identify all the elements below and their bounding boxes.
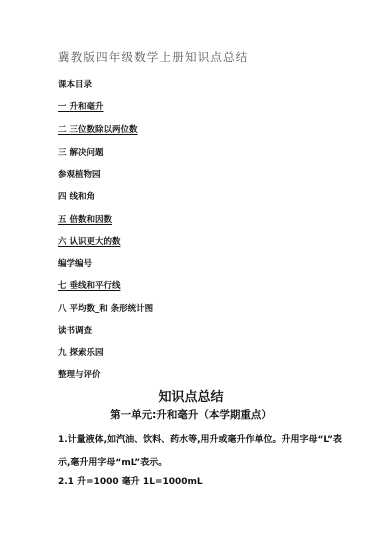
toc-item-numbering: 编学编号	[58, 257, 92, 269]
toc-link-unit-2[interactable]: 二 三位数除以两位数	[58, 123, 137, 135]
paragraph-1-line-1: 1.计量液体,如汽油、饮料、药水等,用升或毫升作单位。升用字母“L”表	[58, 432, 342, 445]
toc-item-reading-survey: 读书调查	[58, 324, 92, 336]
toc-link-unit-1[interactable]: 一 升和毫升	[58, 100, 103, 112]
toc-item-unit-9: 九 探索乐园	[58, 346, 103, 358]
toc-item-unit-3: 三 解决问题	[58, 146, 103, 158]
toc-item-botanical-garden: 参观植物园	[58, 168, 101, 180]
toc-link-unit-5[interactable]: 五 倍数和因数	[58, 213, 112, 225]
toc-item-unit-8: 八 平均数_和 条形统计图	[58, 302, 153, 314]
toc-link-unit-6[interactable]: 六 认识更大的数	[58, 235, 120, 247]
document-page: 冀教版四年级数学上册知识点总结 课本目录 一 升和毫升 二 三位数除以两位数 三…	[0, 0, 382, 540]
paragraph-2: 2.1 升=1000 毫升 1L=1000mL	[58, 474, 203, 487]
toc-item-unit-4: 四 线和角	[58, 190, 95, 202]
section-heading: 知识点总结	[0, 386, 382, 405]
paragraph-1-line-2: 示,毫升用字母“mL”表示。	[58, 455, 167, 468]
document-title: 冀教版四年级数学上册知识点总结	[58, 49, 249, 65]
unit-heading: 第一单元:升和毫升（本学期重点）	[0, 407, 382, 422]
toc-heading: 课本目录	[58, 78, 92, 90]
toc-link-unit-7[interactable]: 七 垂线和平行线	[58, 279, 120, 291]
toc-item-review: 整理与评价	[58, 368, 101, 380]
